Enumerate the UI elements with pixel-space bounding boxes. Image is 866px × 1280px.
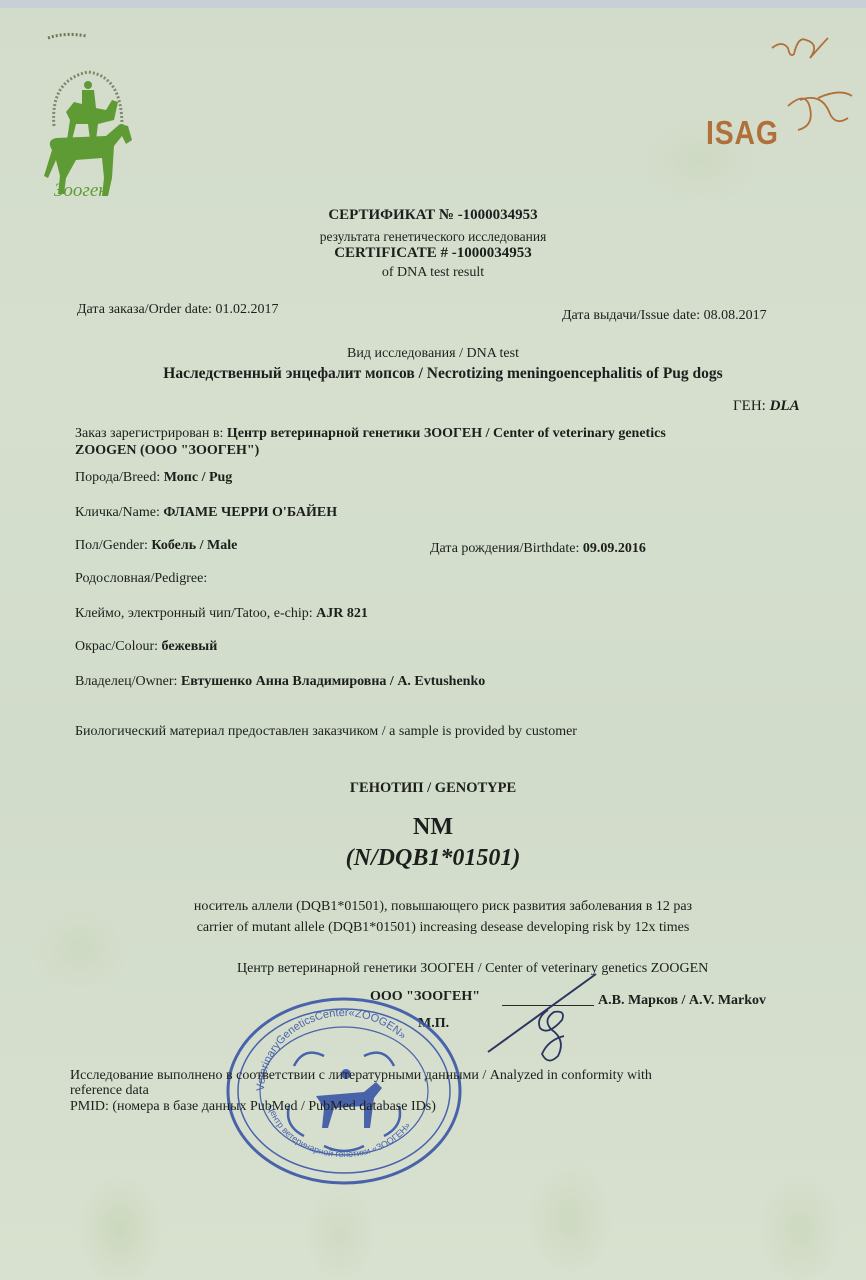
breed-label: Порода/Breed:: [75, 470, 164, 485]
owner-label: Владелец/Owner:: [75, 674, 181, 689]
registered-at: Заказ зарегистрирован в: Центр ветеринар…: [75, 426, 666, 442]
photo-edge-strip: [0, 0, 866, 8]
genotype-result: NM: [0, 814, 866, 841]
handwritten-mark-icon: [770, 18, 866, 148]
sample-note: Биологический материал предоставлен зака…: [75, 724, 577, 740]
birthdate-label: Дата рождения/Birthdate:: [430, 541, 583, 556]
gender: Пол/Gender: Кобель / Male: [75, 538, 237, 554]
isag-logo: ISAG: [706, 114, 779, 152]
signature-center: Центр ветеринарной генетики ЗООГЕН / Cen…: [237, 961, 708, 977]
colour-value: бежевый: [162, 639, 218, 654]
issue-date: Дата выдачи/Issue date: 08.08.2017: [562, 308, 767, 324]
registered-value-line2: ZOOGEN (ООО "ЗООГЕН"): [75, 443, 259, 459]
gene: ГЕН: DLA: [733, 398, 800, 415]
owner-value: Евтушенко Анна Владимировна / A. Evtushe…: [181, 674, 485, 689]
registered-value-line1: Центр ветеринарной генетики ЗООГЕН / Cen…: [227, 426, 666, 441]
issue-date-label: Дата выдачи/Issue date:: [562, 308, 704, 323]
conformity-line2: reference data: [70, 1083, 149, 1099]
registered-label: Заказ зарегистрирован в:: [75, 426, 227, 441]
zoogen-stamp-icon: VeterinaryGeneticsCenter«ZOOGEN» Центр в…: [224, 996, 464, 1186]
genotype-heading: ГЕНОТИП / GENOTYPE: [0, 780, 866, 797]
test-name: Наследственный энцефалит мопсов / Necrot…: [0, 365, 866, 383]
colour-label: Окрас/Colour:: [75, 639, 162, 654]
dog-name: Кличка/Name: ФЛАМЕ ЧЕРРИ О'БАЙЕН: [75, 505, 337, 521]
pmid-line: PMID: (номера в базе данных PubMed / Pub…: [70, 1099, 436, 1115]
chip-value: AJR 821: [316, 606, 368, 621]
chip: Клеймо, электронный чип/Tatoo, e-chip: A…: [75, 606, 368, 622]
certificate-title-ru: СЕРТИФИКАТ № -1000034953: [0, 207, 866, 224]
genotype-note-en: carrier of mutant allele (DQB1*01501) in…: [0, 920, 866, 936]
birthdate-value: 09.09.2016: [583, 541, 646, 556]
gender-label: Пол/Gender:: [75, 538, 151, 553]
name-value: ФЛАМЕ ЧЕРРИ О'БАЙЕН: [163, 505, 337, 520]
zoogen-logo-icon: Зооген: [36, 28, 136, 208]
birthdate: Дата рождения/Birthdate: 09.09.2016: [430, 541, 646, 557]
svg-text:Зооген: Зооген: [54, 180, 108, 201]
test-type-label: Вид исследования / DNA test: [0, 346, 866, 362]
handwritten-signature-icon: [478, 970, 598, 1070]
certificate-subtitle-ru: результата генетического исследования: [0, 229, 866, 245]
signature-signer: А.В. Марков / A.V. Markov: [598, 993, 766, 1009]
certificate-title-en: CERTIFICATE # -1000034953: [0, 245, 866, 262]
chip-label: Клеймо, электронный чип/Tatoo, e-chip:: [75, 606, 316, 621]
order-date-label: Дата заказа/Order date:: [77, 302, 215, 317]
name-label: Кличка/Name:: [75, 505, 163, 520]
breed: Порода/Breed: Мопс / Pug: [75, 470, 232, 486]
breed-value: Мопс / Pug: [164, 470, 233, 485]
certificate-subtitle-en: of DNA test result: [0, 265, 866, 281]
genotype-note-ru: носитель аллели (DQB1*01501), повышающег…: [0, 899, 866, 915]
issue-date-value: 08.08.2017: [704, 308, 767, 323]
gender-value: Кобель / Male: [151, 538, 237, 553]
pedigree-label: Родословная/Pedigree:: [75, 571, 207, 587]
order-date-value: 01.02.2017: [215, 302, 278, 317]
gene-value: DLA: [770, 398, 800, 414]
conformity-line1: Исследование выполнено в соответствии с …: [70, 1068, 652, 1084]
order-date: Дата заказа/Order date: 01.02.2017: [77, 302, 278, 318]
gene-label: ГЕН:: [733, 398, 770, 414]
colour: Окрас/Colour: бежевый: [75, 639, 217, 655]
genotype-allele: (N/DQB1*01501): [0, 845, 866, 872]
owner: Владелец/Owner: Евтушенко Анна Владимиро…: [75, 674, 485, 690]
